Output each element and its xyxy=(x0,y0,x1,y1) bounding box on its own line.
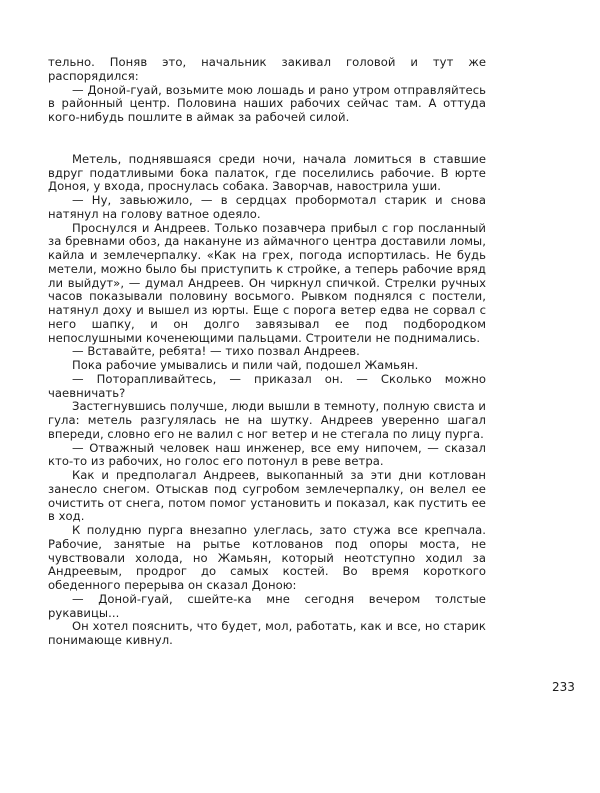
book-page: тельно. Поняв это, начальник закивал гол… xyxy=(48,56,486,648)
paragraph-dialogue: — Доной-гуай, сшейте-ка мне сегодня вече… xyxy=(48,593,486,621)
text-section-2: Метель, поднявшаяся среди ночи, начала л… xyxy=(48,153,486,648)
paragraph-dialogue: — Поторапливайтесь, — приказал он. — Ско… xyxy=(48,373,486,401)
paragraph-dialogue: — Доной-гуай, возьмите мою лошадь и рано… xyxy=(48,84,486,125)
page-number: 233 xyxy=(552,680,575,694)
paragraph: Застегнувшись получше, люди вышли в темн… xyxy=(48,400,486,441)
paragraph-dialogue: — Ну, завьюжило, — в сердцах пробормотал… xyxy=(48,194,486,222)
paragraph-dialogue: — Отважный человек наш инженер, все ему … xyxy=(48,442,486,470)
paragraph: Проснулся и Андреев. Только позавчера пр… xyxy=(48,222,486,346)
paragraph: Метель, поднявшаяся среди ночи, начала л… xyxy=(48,153,486,194)
paragraph: Пока рабочие умывались и пили чай, подош… xyxy=(48,359,486,373)
section-break xyxy=(48,125,486,153)
paragraph-dialogue: — Вставайте, ребята! — тихо позвал Андре… xyxy=(48,345,486,359)
text-section-1: тельно. Поняв это, начальник закивал гол… xyxy=(48,56,486,125)
paragraph: Он хотел пояснить, что будет, мол, работ… xyxy=(48,620,486,648)
paragraph: К полудню пурга внезапно улеглась, зато … xyxy=(48,524,486,593)
paragraph: тельно. Поняв это, начальник закивал гол… xyxy=(48,56,486,84)
paragraph: Как и предполагал Андреев, выкопанный за… xyxy=(48,469,486,524)
